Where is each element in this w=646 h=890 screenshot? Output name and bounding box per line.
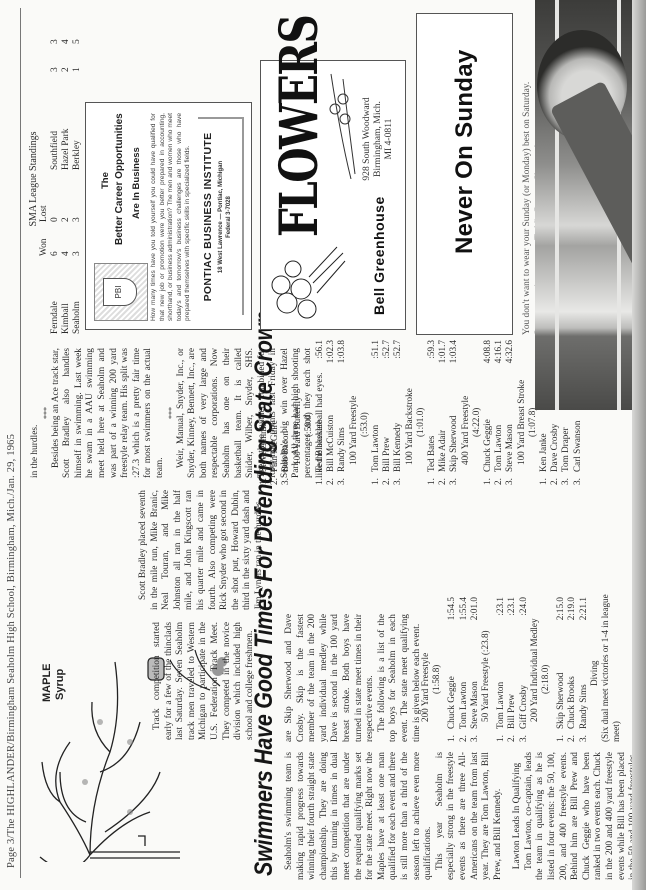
result-row: 2.Bill McCuiston1:02.3 <box>325 335 336 485</box>
standings-team: Kimball <box>61 256 72 334</box>
result-row: 3.Bob Bacon <box>280 335 291 485</box>
swim-paragraph-2: This year Seaholm is especially strong i… <box>435 752 505 880</box>
result-row: 2.Chuck Brooks2:19.0 <box>566 592 577 742</box>
swim-paragraph-1: Seaholm's swimming team is making rapid … <box>284 752 435 880</box>
svg-text:Syrup: Syrup <box>54 669 66 700</box>
standings-table: Ferndale Kimball Seaholm Won 6 4 3 Lost … <box>39 24 83 334</box>
event-title: 200 Yard Freestyle <box>420 592 431 742</box>
event-title: 50 Yard Freestyle (:23.8) <box>480 592 491 742</box>
ad-line-career: Better Career Opportunities <box>114 113 125 245</box>
swim-subhead: Lawton Leads In Qualifying <box>512 752 524 880</box>
track-paragraph-2: Scott Bradley placed seventh in the mile… <box>138 490 266 610</box>
shop-address: 928 South Woodward Birmingham, Mich. MI … <box>361 79 394 199</box>
standings-won: 1 <box>72 44 83 72</box>
institute-crest-icon: PBI <box>94 263 148 321</box>
col-lost-header: Lost <box>39 170 50 222</box>
event-qualifying: (:59.0) <box>303 335 314 485</box>
standings-team: Berkley <box>72 72 83 170</box>
newspaper-page: Page 3/The HIGHLANDER/Birmingham Seaholm… <box>0 0 646 890</box>
track-story-col2: Scott Bradley placed seventh in the mile… <box>138 490 266 610</box>
result-row: 1.Skip Sherwood2:15.0 <box>555 592 566 742</box>
result-row: 3.Skip Sherwood1:03.4 <box>448 335 459 485</box>
league-standings: SMA League Standings Ferndale Kimball Se… <box>28 24 83 334</box>
section-stars-1: *** <box>42 348 51 478</box>
institute-address: 18 West Lawrence — Pontiac, Michigan Fed… <box>217 119 233 315</box>
result-row: 1.Ted Blakeslee:56.1 <box>314 335 325 485</box>
result-row: 3.Randy Sims2:21.1 <box>578 592 589 742</box>
event-title: 100 Yard Butterfly <box>292 335 303 485</box>
result-row: 3.Bill Kennedy:52.7 <box>392 335 403 485</box>
standings-lost: 4 <box>61 24 72 44</box>
standings-team: Southfield <box>50 72 61 170</box>
standings-team: Seaholm <box>72 256 83 334</box>
event-title: 100 Yard Backstroke <box>404 335 415 485</box>
standings-won: 2 <box>61 44 72 72</box>
standings-lost: 3 <box>72 170 83 222</box>
track-paragraph-1: Track competition started early for a fe… <box>152 622 256 740</box>
standings-team: Hazel Park <box>61 72 72 170</box>
result-row: 2.Tom Lawton1:55.4 <box>458 592 469 742</box>
event-qualifying: (:53.0) <box>359 335 370 485</box>
result-row: 2.Tom Lawton4:16.1 <box>493 335 504 485</box>
roses-bouquet-icon <box>267 243 347 323</box>
result-row: 2.Paul McGuire <box>269 335 280 485</box>
swim-paragraph-5: are Skip Sherwood and Dave Crosby. Skip … <box>284 614 377 742</box>
event-title: 100 Yard Breast Stroke <box>516 335 527 485</box>
result-row: 3.Randy Sims1:03.8 <box>336 335 347 485</box>
result-row: 1.Chuck Geggie1:54.5 <box>446 592 457 742</box>
event-title: 400 Yard Freestyle <box>460 335 471 485</box>
ad-never-on-sunday: Never On Sunday <box>416 13 513 335</box>
shop-name: Bell Greenhouse <box>371 196 387 315</box>
event-qualifying: (1:58.8) <box>431 592 442 742</box>
swim-paragraph-3: Tom Lawton, co-captain, leads the team i… <box>524 752 646 880</box>
result-row: 1.Tom Lawton:23.1 <box>495 592 506 742</box>
result-row: 2.Bill Prew:52.7 <box>381 335 392 485</box>
folio-rule <box>20 8 21 878</box>
standings-lost: 0 <box>50 170 61 222</box>
track-paragraph-3: Besides being an Ace track star, Scott B… <box>51 348 167 478</box>
standings-won: 3 <box>72 222 83 256</box>
ad-line-business: Are In Business <box>131 147 142 219</box>
student-photo <box>535 0 646 410</box>
track-paragraph-2-end: in the hurdles. <box>30 348 42 478</box>
event-title: 100 Yard Freestyle <box>348 335 359 485</box>
result-row: 3.Steve Mason2:01.0 <box>469 592 480 742</box>
result-row: 3.Giff Crosby:24.0 <box>518 592 529 742</box>
swim-story-col2: are Skip Sherwood and Dave Crosby. Skip … <box>284 614 423 742</box>
result-row: 1.Chuck Geggie4:08.8 <box>482 335 493 485</box>
event-title: 200 Yard Individual Medley <box>529 592 540 742</box>
track-story-col1: Track competition started early for a fe… <box>152 622 256 740</box>
result-row: 2.Mike Adair1:01.7 <box>437 335 448 485</box>
ad-line-the: The <box>100 172 111 189</box>
page-folio: Page 3/The HIGHLANDER/Birmingham Seaholm… <box>6 434 17 868</box>
institute-name: PONTIAC BUSINESS INSTITUTE <box>202 119 214 315</box>
result-row: 3.Steve Mason4:32.6 <box>504 335 515 485</box>
result-row: 1.Steve Zimmer <box>258 335 269 485</box>
swim-paragraph-6: The following is a list of the top boys … <box>377 614 423 742</box>
result-row: 1.Tom Lawton:51.1 <box>370 335 381 485</box>
standings-title: SMA League Standings <box>28 24 39 334</box>
standings-lost: 5 <box>72 24 83 44</box>
ad-pontiac-business-institute: PBI The Better Career Opportunities Are … <box>85 102 252 330</box>
section-stars-2: *** <box>167 348 176 478</box>
swim-story-col1: Seaholm's swimming team is making rapid … <box>284 752 646 880</box>
result-row: 1.Ted Bates:59.3 <box>426 335 437 485</box>
scanned-page-frame: Page 3/The HIGHLANDER/Birmingham Seaholm… <box>0 0 646 890</box>
scan-edge-shadow <box>632 0 646 890</box>
svg-text:MAPLE: MAPLE <box>41 664 53 703</box>
event-qualifying: (1:01.0) <box>415 335 426 485</box>
event-title: Diving <box>589 592 600 742</box>
sunday-ad-title: Never On Sunday <box>451 49 479 254</box>
standings-won: 6 <box>50 222 61 256</box>
standings-won: 4 <box>61 222 72 256</box>
ad-body-text: How many times have you told yourself yo… <box>150 113 193 321</box>
event-qualifying: (4:22.0) <box>471 335 482 485</box>
event-qualifying: (2:18.0) <box>540 592 551 742</box>
col-won-header: Won <box>39 222 50 256</box>
standings-lost: 3 <box>50 24 61 44</box>
rose-stems-icon <box>321 69 361 179</box>
standings-team: Ferndale <box>50 256 61 334</box>
ad-bell-greenhouse: FLOWERS Bell Greenhouse 928 South Woodwa… <box>260 60 406 330</box>
standings-lost: 2 <box>61 170 72 222</box>
standings-won: 3 <box>50 44 61 72</box>
diving-note: (Six dual meet victories or 1-4 in leagu… <box>600 592 622 742</box>
result-row: 2.Bill Prew:23.1 <box>506 592 517 742</box>
results-list-1: 200 Yard Freestyle (1:58.8) 1.Chuck Gegg… <box>420 592 622 742</box>
